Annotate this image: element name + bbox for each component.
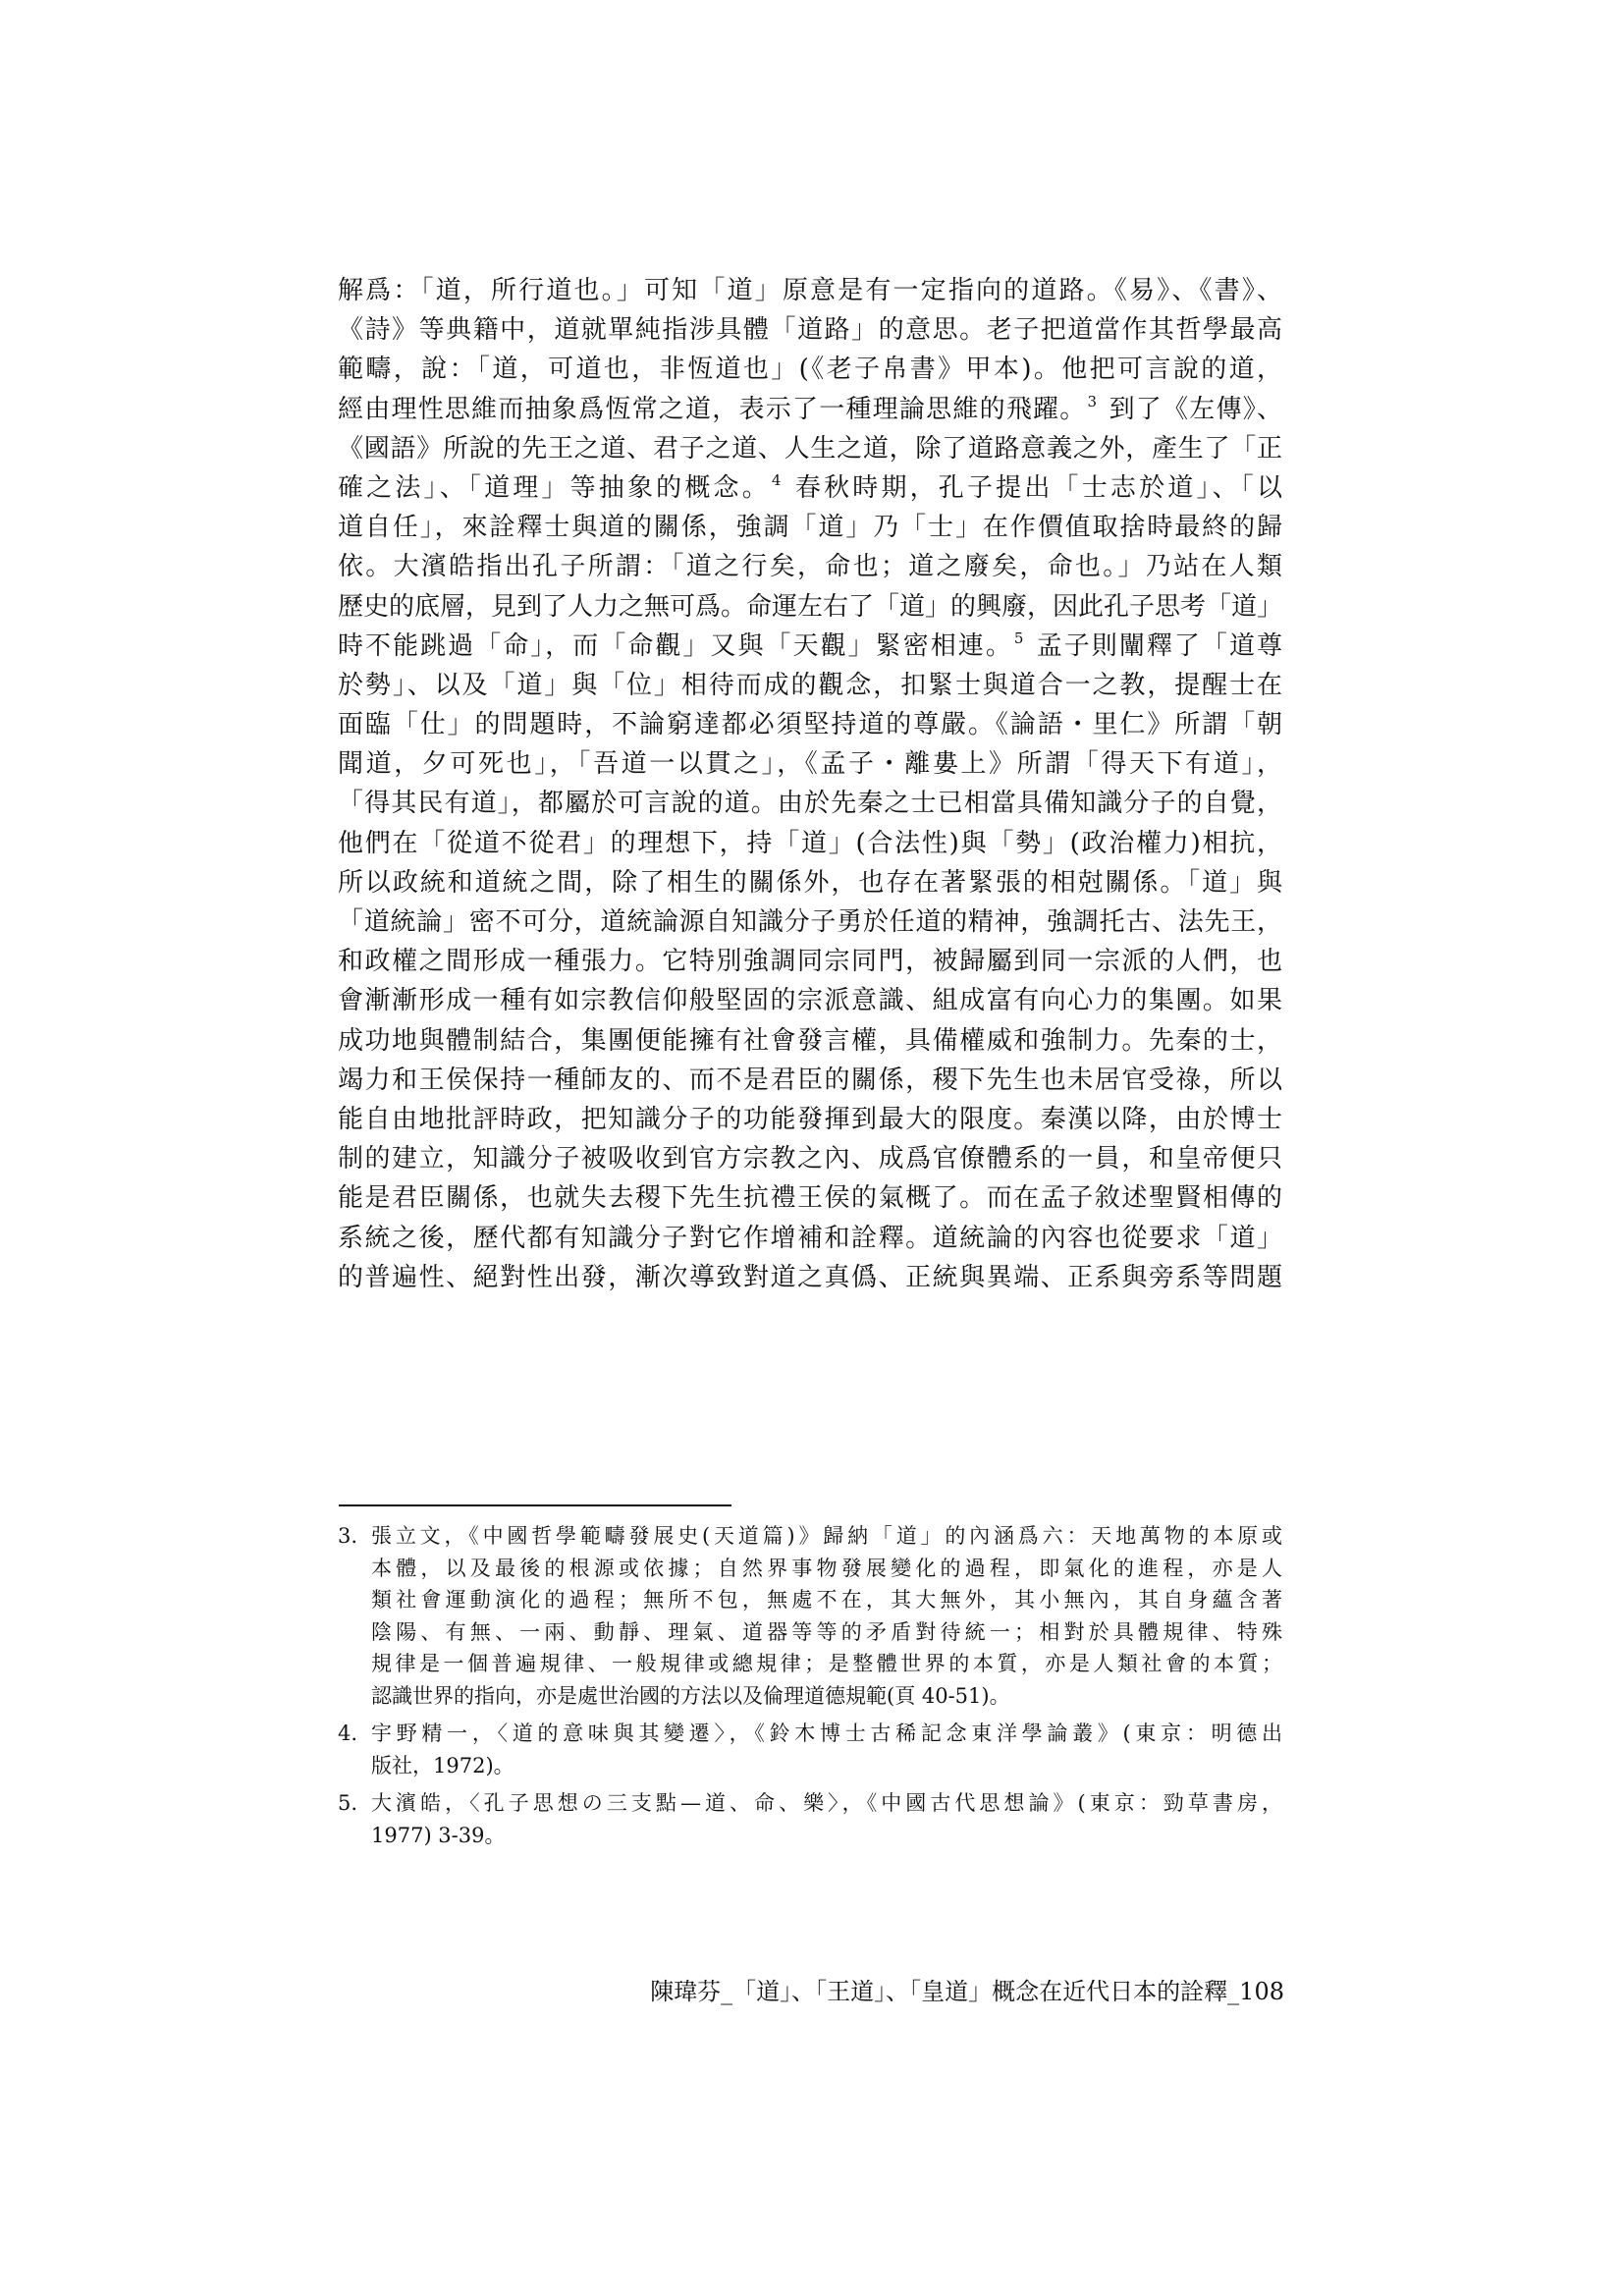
body-line: 會漸漸形成一種有如宗教信仰般堅固的宗派意識、組成富有向心力的集團。如果: [338, 981, 1282, 1020]
body-line: 面臨「仕」的問題時，不論窮達都必須堅持道的尊嚴。《論語・里仁》所謂「朝: [338, 705, 1282, 744]
line-text: 成功地與體制結合，集團便能擁有社會發言權，具備權威和強制力。先秦的士，: [338, 1026, 1282, 1056]
document-page: 解爲：「道，所行道也。」可知「道」原意是有一定指向的道路。《易》、《書》、 《詩…: [0, 0, 1623, 2296]
footnote-5: 5. 大濱皓，〈孔子思想の三支點—道、命、樂〉，《中國古代思想論》(東京：勁草書…: [338, 1787, 1282, 1851]
body-line: 他們在「從道不從君」的理想下，持「道」(合法性)與「勢」(政治權力)相抗，: [338, 824, 1282, 863]
line-text: 依。大濱皓指出孔子所謂：「道之行矣，命也；道之廢矣，命也。」乃站在人類: [338, 552, 1282, 581]
body-line: 依。大濱皓指出孔子所謂：「道之行矣，命也；道之廢矣，命也。」乃站在人類: [338, 547, 1282, 586]
body-line: 制的建立，知識分子被吸收到官方宗教之內、成爲官僚體系的一員，和皇帝便只: [338, 1139, 1282, 1178]
footnote-line: 本體，以及最後的根源或依據；自然界事物發展變化的過程，即氣化的進程，亦是人: [371, 1553, 1282, 1585]
footnote-ref-4[interactable]: 4: [772, 471, 782, 489]
line-text: 解爲：「道，所行道也。」可知「道」原意是有一定指向的道路。《易》、《書》、: [338, 276, 1282, 305]
line-text: 歷史的底層，見到了人力之無可爲。命運左右了「道」的興廢，因此孔子思考「道」: [338, 592, 1282, 622]
body-line: 所以政統和道統之間，除了相生的關係外，也存在著緊張的相尅關係。「道」與: [338, 863, 1282, 902]
line-text: 經由理性思維而抽象爲恆常之道，表示了一種理論思維的飛躍。: [338, 395, 1087, 424]
body-line: 聞道，夕可死也」，「吾道一以貫之」，《孟子・離婁上》所謂「得天下有道」，: [338, 744, 1282, 784]
line-text: 確之法」、「道理」等抽象的概念。: [338, 473, 771, 503]
line-text: 系統之後，歷代都有知識分子對它作增補和詮釋。道統論的內容也從要求「道」: [338, 1224, 1282, 1253]
line-text: 的普遍性、絕對性出發，漸次導致對道之真僞、正統與異端、正系與旁系等問題: [338, 1263, 1282, 1292]
footnote-line: 宇野精一，〈道的意味與其變遷〉，《鈴木博士古稀記念東洋學論叢》(東京：明德出: [371, 1718, 1282, 1750]
body-line: 系統之後，歷代都有知識分子對它作增補和詮釋。道統論的內容也從要求「道」: [338, 1219, 1282, 1258]
footnote-separator: [339, 1504, 731, 1506]
line-text: 能是君臣關係，也就失去稷下先生抗禮王侯的氣概了。而在孟子敘述聖賢相傳的: [338, 1183, 1282, 1213]
body-line: 確之法」、「道理」等抽象的概念。4 春秋時期，孔子提出「士志於道」、「以: [338, 468, 1282, 508]
footnote-line: 類社會運動演化的過程；無所不包，無處不在，其大無外，其小無內，其自身蘊含著: [371, 1584, 1282, 1616]
line-text: 時不能跳過「命」，而「命觀」又與「天觀」緊密相連。: [338, 631, 1013, 661]
line-text: 能自由地批評時政，把知識分子的功能發揮到最大的限度。秦漢以降，由於博士: [338, 1105, 1282, 1134]
footnote-4: 4. 宇野精一，〈道的意味與其變遷〉，《鈴木博士古稀記念東洋學論叢》(東京：明德…: [338, 1718, 1282, 1781]
line-text: 《詩》等典籍中，道就單純指涉具體「道路」的意思。老子把道當作其哲學最高: [338, 315, 1282, 345]
running-footer: 陳瑋芬_「道」、「王道」、「皇道」概念在近代日本的詮釋_108: [650, 1976, 1284, 2007]
line-text: 到了《左傳》、: [1109, 395, 1282, 424]
footnote-line: 張立文，《中國哲學範疇發展史(天道篇)》歸納「道」的內涵爲六：天地萬物的本原或: [371, 1520, 1282, 1553]
line-text: 聞道，夕可死也」，「吾道一以貫之」，《孟子・離婁上》所謂「得天下有道」，: [338, 749, 1282, 779]
line-text: 範疇，說：「道，可道也，非恆道也」(《老子帛書》甲本)。他把可言說的道，: [338, 355, 1282, 384]
body-line: 的普遍性、絕對性出發，漸次導致對道之真僞、正統與異端、正系與旁系等問題: [338, 1258, 1282, 1297]
footnote-line: 認識世界的指向，亦是處世治國的方法以及倫理道德規範(頁 40-51)。: [371, 1680, 1282, 1713]
line-text: 「道統論」密不可分，道統論源自知識分子勇於任道的精神，強調托古、法先王，: [338, 907, 1282, 937]
line-text: 制的建立，知識分子被吸收到官方宗教之內、成爲官僚體系的一員，和皇帝便只: [338, 1144, 1282, 1174]
body-line: 能自由地批評時政，把知識分子的功能發揮到最大的限度。秦漢以降，由於博士: [338, 1100, 1282, 1139]
body-line: 道自任」，來詮釋士與道的關係，強調「道」乃「士」在作價值取捨時最終的歸: [338, 508, 1282, 547]
body-text: 解爲：「道，所行道也。」可知「道」原意是有一定指向的道路。《易》、《書》、 《詩…: [338, 271, 1282, 1297]
line-text: 和政權之間形成一種張力。它特別強調同宗同門，被歸屬到同一宗派的人們，也: [338, 947, 1282, 976]
footnote-3: 3. 張立文，《中國哲學範疇發展史(天道篇)》歸納「道」的內涵爲六：天地萬物的本…: [338, 1520, 1282, 1712]
body-line: 能是君臣關係，也就失去稷下先生抗禮王侯的氣概了。而在孟子敘述聖賢相傳的: [338, 1178, 1282, 1218]
line-text: 《國語》所說的先王之道、君子之道、人生之道，除了道路意義之外，產生了「正: [338, 434, 1282, 464]
footnote-line: 1977) 3-39。: [371, 1820, 1282, 1852]
body-line: 於勢」、以及「道」與「位」相待而成的觀念，扣緊士與道合一之教，提醒士在: [338, 666, 1282, 705]
line-text: 孟子則闡釋了「道尊: [1037, 631, 1282, 661]
body-line: 解爲：「道，所行道也。」可知「道」原意是有一定指向的道路。《易》、《書》、: [338, 271, 1282, 310]
line-text: 他們在「從道不從君」的理想下，持「道」(合法性)與「勢」(政治權力)相抗，: [338, 829, 1282, 858]
footnote-line: 大濱皓，〈孔子思想の三支點—道、命、樂〉，《中國古代思想論》(東京：勁草書房，: [371, 1787, 1282, 1820]
body-line: 《國語》所說的先王之道、君子之道、人生之道，除了道路意義之外，產生了「正: [338, 429, 1282, 468]
line-text: 面臨「仕」的問題時，不論窮達都必須堅持道的尊嚴。《論語・里仁》所謂「朝: [338, 710, 1282, 739]
line-text: 道自任」，來詮釋士與道的關係，強調「道」乃「士」在作價值取捨時最終的歸: [338, 513, 1282, 542]
line-text: 春秋時期，孔子提出「士志於道」、「以: [795, 473, 1282, 503]
line-text: 「得其民有道」，都屬於可言說的道。由於先秦之士已相當具備知識分子的自覺，: [338, 789, 1282, 818]
line-text: 所以政統和道統之間，除了相生的關係外，也存在著緊張的相尅關係。「道」與: [338, 868, 1282, 898]
body-line: 成功地與體制結合，集團便能擁有社會發言權，具備權威和強制力。先秦的士，: [338, 1021, 1282, 1061]
footnote-line: 陰陽、有無、一兩、動靜、理氣、道器等等的矛盾對待統一；相對於具體規律、特殊: [371, 1616, 1282, 1649]
body-line: 經由理性思維而抽象爲恆常之道，表示了一種理論思維的飛躍。3 到了《左傳》、: [338, 390, 1282, 429]
body-line: 《詩》等典籍中，道就單純指涉具體「道路」的意思。老子把道當作其哲學最高: [338, 310, 1282, 350]
body-line: 歷史的底層，見到了人力之無可爲。命運左右了「道」的興廢，因此孔子思考「道」: [338, 587, 1282, 627]
footnote-line: 版社，1972)。: [371, 1750, 1282, 1782]
footnote-number: 5.: [338, 1787, 357, 1820]
footnote-number: 3.: [338, 1520, 357, 1553]
footnote-number: 4.: [338, 1718, 357, 1750]
line-text: 會漸漸形成一種有如宗教信仰般堅固的宗派意識、組成富有向心力的集團。如果: [338, 986, 1282, 1015]
line-text: 於勢」、以及「道」與「位」相待而成的觀念，扣緊士與道合一之教，提醒士在: [338, 671, 1282, 700]
body-line: 範疇，說：「道，可道也，非恆道也」(《老子帛書》甲本)。他把可言說的道，: [338, 350, 1282, 389]
body-line: 竭力和王侯保持一種師友的、而不是君臣的關係，稷下先生也未居官受祿，所以: [338, 1061, 1282, 1100]
body-line: 「得其民有道」，都屬於可言說的道。由於先秦之士已相當具備知識分子的自覺，: [338, 784, 1282, 823]
line-text: 竭力和王侯保持一種師友的、而不是君臣的關係，稷下先生也未居官受祿，所以: [338, 1066, 1282, 1095]
footnote-ref-5[interactable]: 5: [1014, 629, 1024, 647]
body-line: 「道統論」密不可分，道統論源自知識分子勇於任道的精神，強調托古、法先王，: [338, 902, 1282, 942]
footnote-ref-3[interactable]: 3: [1088, 393, 1098, 410]
body-line: 時不能跳過「命」，而「命觀」又與「天觀」緊密相連。5 孟子則闡釋了「道尊: [338, 627, 1282, 666]
footnote-line: 規律是一個普遍規律、一般規律或總規律；是整體世界的本質，亦是人類社會的本質；: [371, 1648, 1282, 1680]
footnotes: 3. 張立文，《中國哲學範疇發展史(天道篇)》歸納「道」的內涵爲六：天地萬物的本…: [338, 1520, 1282, 1857]
body-line: 和政權之間形成一種張力。它特別強調同宗同門，被歸屬到同一宗派的人們，也: [338, 942, 1282, 981]
